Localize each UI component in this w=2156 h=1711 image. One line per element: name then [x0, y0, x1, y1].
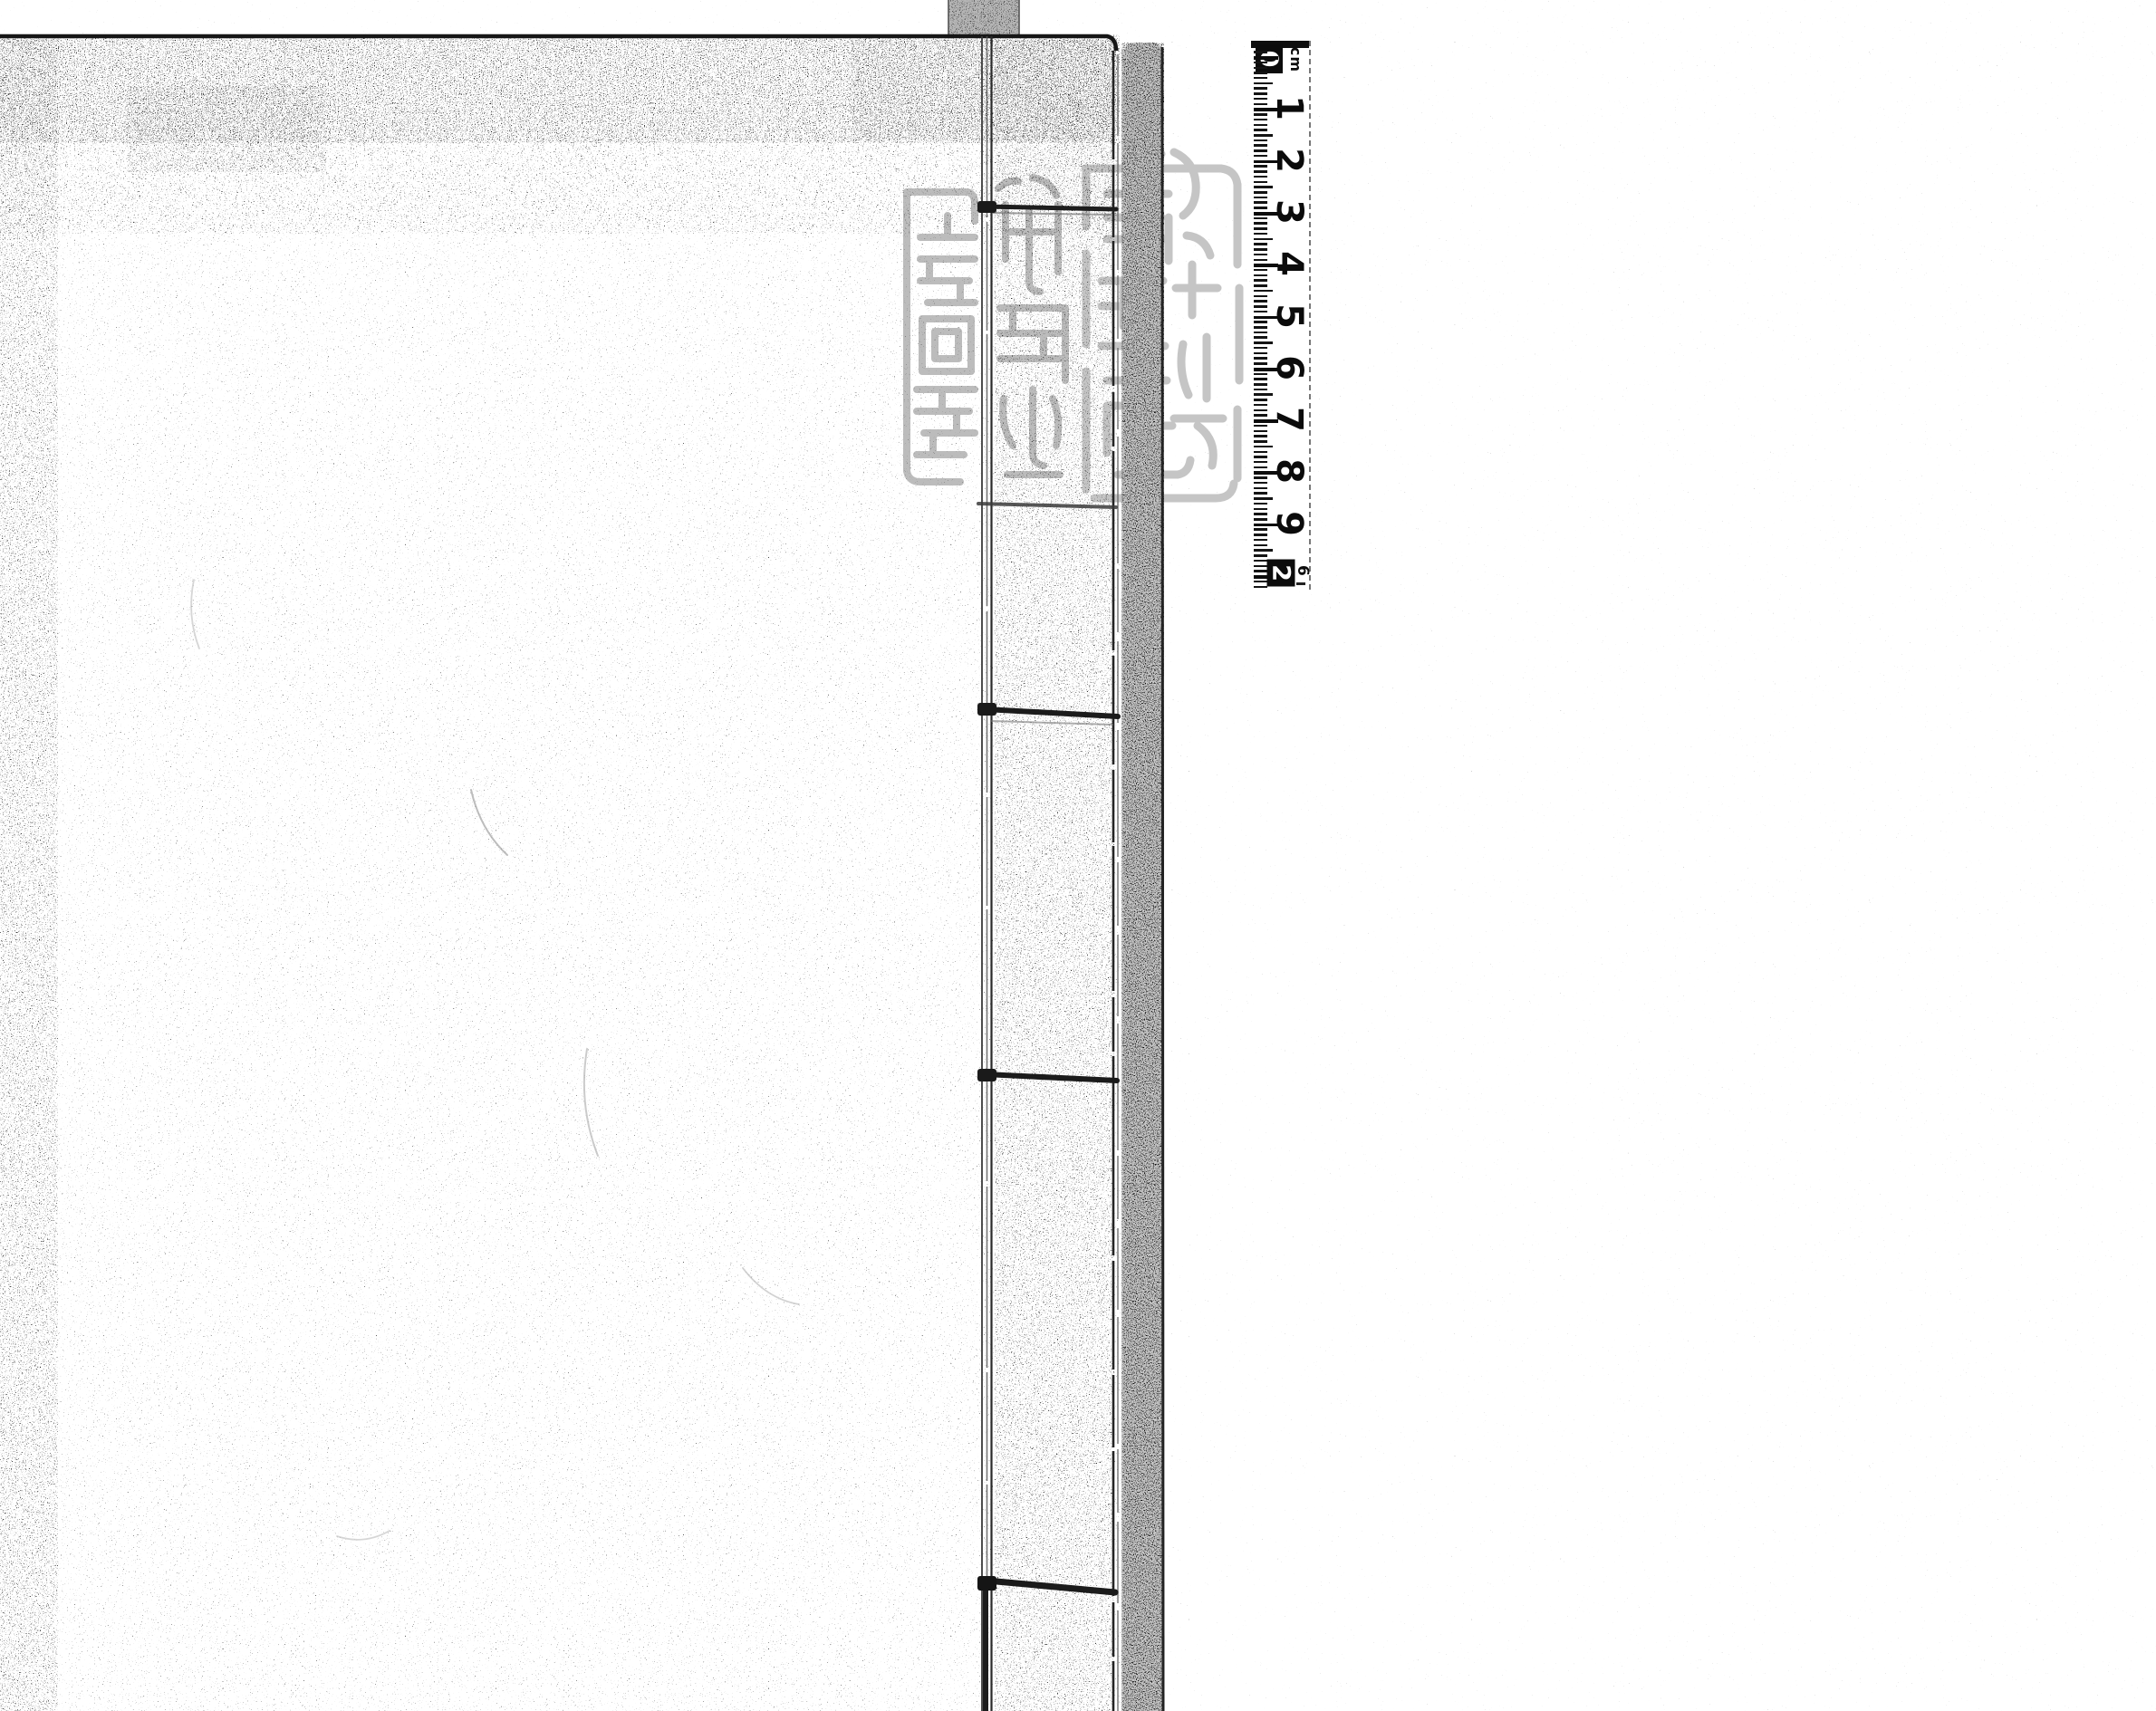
ruler-number: 3 [1270, 195, 1308, 229]
ruler-tick [1254, 176, 1267, 178]
ruler-tick [1254, 92, 1267, 95]
ruler-tick [1254, 300, 1267, 303]
ruler-tick [1254, 586, 1267, 589]
ruler-tick [1254, 430, 1267, 433]
ruler-tick [1254, 222, 1267, 225]
stitch-knot [977, 1069, 996, 1081]
ruler-tick [1254, 254, 1267, 256]
ruler-tick [1254, 446, 1273, 448]
ruler-tick [1254, 362, 1267, 365]
ruler-end-dash [1296, 582, 1305, 585]
ruler-tick [1254, 67, 1267, 70]
ruler-tick [1254, 72, 1267, 74]
ruler-tick [1254, 155, 1267, 158]
ruler-tick [1254, 503, 1267, 505]
scan-page: 0 cm 123456789 2 6 [0, 0, 2156, 1711]
ruler-tick [1254, 378, 1267, 380]
ruler-tick [1254, 165, 1267, 168]
stitch-knot [977, 703, 996, 716]
ruler-tick [1254, 482, 1267, 485]
ruler-tick [1254, 305, 1267, 308]
ruler-tick [1254, 528, 1267, 531]
ruler-number: 9 [1270, 506, 1308, 541]
ruler-tick [1254, 581, 1267, 583]
top-tab-speckle [948, 0, 1019, 38]
fore-edge-speckle [1121, 43, 1164, 1711]
ruler-tick [1254, 186, 1273, 188]
ruler-tick [1254, 399, 1267, 401]
ruler-tick [1254, 549, 1273, 552]
ruler-tick [1254, 269, 1267, 272]
ruler-tick [1254, 51, 1267, 53]
stitch-knot [977, 201, 996, 213]
ruler-tick [1254, 461, 1267, 464]
ruler-tick [1254, 87, 1267, 90]
scan-image [0, 0, 2156, 1711]
speckle-smudge [127, 86, 326, 172]
ruler-tick [1254, 497, 1273, 500]
ruler-tick [1254, 98, 1267, 101]
ruler-tick [1254, 274, 1267, 277]
ruler-tick [1254, 476, 1267, 479]
ruler-tick [1254, 181, 1267, 184]
ruler-tick [1254, 284, 1267, 287]
ruler-tick [1254, 207, 1267, 209]
ruler-tick [1254, 119, 1267, 121]
ruler-tick [1254, 539, 1267, 542]
ruler-tick [1254, 191, 1267, 194]
ruler-end-sub-label: 6 [1294, 565, 1312, 580]
ruler-number: 1 [1270, 91, 1308, 125]
ruler-number: 7 [1270, 402, 1308, 437]
ruler-tick [1254, 544, 1267, 547]
ruler-tick [1254, 139, 1267, 142]
ruler-tick [1254, 533, 1267, 536]
stitch-station-line [985, 207, 1116, 209]
ruler-tick [1254, 290, 1273, 293]
ruler-tick [1254, 295, 1267, 298]
ruler-tick [1254, 103, 1267, 106]
ruler-tick [1254, 326, 1267, 329]
ruler-number: 6 [1270, 351, 1308, 385]
ruler-tick [1254, 134, 1273, 137]
ruler-tick [1254, 311, 1267, 313]
ruler-tick [1254, 233, 1267, 236]
ruler-tick [1254, 425, 1267, 428]
ruler-tick [1254, 389, 1267, 391]
ruler-tick [1254, 565, 1267, 568]
ruler-tick [1254, 56, 1278, 60]
ruler-tick [1254, 570, 1267, 572]
ruler-tick [1254, 227, 1267, 230]
ruler-tick [1254, 487, 1267, 490]
ruler-tick [1254, 62, 1267, 64]
ruler-tick [1254, 124, 1267, 127]
ruler-tick [1254, 77, 1267, 80]
ruler-tick [1254, 347, 1267, 350]
ruler-tick [1254, 144, 1267, 147]
ruler-tick [1254, 238, 1273, 241]
ruler-tick [1254, 217, 1267, 220]
ruler-tick [1254, 332, 1267, 334]
ruler-tick [1254, 414, 1267, 417]
ruler-tick [1254, 435, 1267, 437]
ruler-tick [1254, 279, 1267, 282]
ruler-tick [1254, 409, 1267, 412]
ruler-tick [1254, 440, 1267, 443]
speckle-spine-column [995, 40, 1114, 1711]
ruler-tick [1254, 554, 1267, 557]
ruler-tick [1254, 149, 1267, 152]
ruler-tick [1254, 341, 1273, 344]
ruler: 0 cm 123456789 2 6 [1253, 41, 1311, 590]
ruler-tick [1254, 113, 1267, 116]
ruler-tick [1254, 129, 1267, 131]
ruler-tick [1254, 456, 1267, 458]
speckle-left-edge [0, 34, 58, 1711]
ruler-tick [1254, 336, 1267, 339]
ruler-number: 5 [1270, 299, 1308, 333]
ruler-tick [1254, 82, 1273, 85]
ruler-tick [1254, 518, 1267, 521]
stitch-knot [977, 1576, 996, 1591]
ruler-tick [1254, 373, 1267, 376]
ruler-tick [1254, 352, 1267, 355]
ruler-tick [1254, 404, 1267, 407]
speckle-base [0, 34, 1121, 1711]
seal-stroke [1237, 185, 1239, 478]
ruler-unit-label: cm [1284, 47, 1309, 72]
cover-speckle [0, 34, 1121, 1711]
ruler-tick [1254, 513, 1267, 515]
fore-edge-band [1121, 43, 1164, 1711]
ruler-tick [1254, 197, 1267, 199]
ruler-tick [1254, 201, 1267, 204]
ruler-end-label: 2 [1267, 564, 1295, 582]
ruler-tick [1254, 321, 1267, 323]
ruler-tick [1254, 357, 1267, 360]
ruler-tick [1254, 492, 1267, 495]
ruler-tick [1254, 259, 1267, 262]
fore-edge-right-line [1162, 47, 1163, 1711]
ruler-tick [1254, 383, 1267, 386]
ruler-tick [1254, 243, 1267, 245]
ruler-number: 8 [1270, 454, 1308, 488]
ruler-tick [1254, 248, 1267, 251]
ruler-tick [1254, 508, 1267, 511]
ruler-tick [1254, 393, 1273, 396]
ruler-tick [1254, 170, 1267, 173]
ruler-tick [1254, 466, 1267, 469]
ruler-number: 4 [1270, 246, 1308, 281]
speckle-corner-patch [852, 40, 1120, 139]
ruler-end-box: 2 [1267, 560, 1295, 587]
ruler-number: 2 [1270, 143, 1308, 178]
ruler-tick [1254, 451, 1267, 454]
ruler-tick [1254, 560, 1267, 562]
top-tab [948, 0, 1019, 38]
